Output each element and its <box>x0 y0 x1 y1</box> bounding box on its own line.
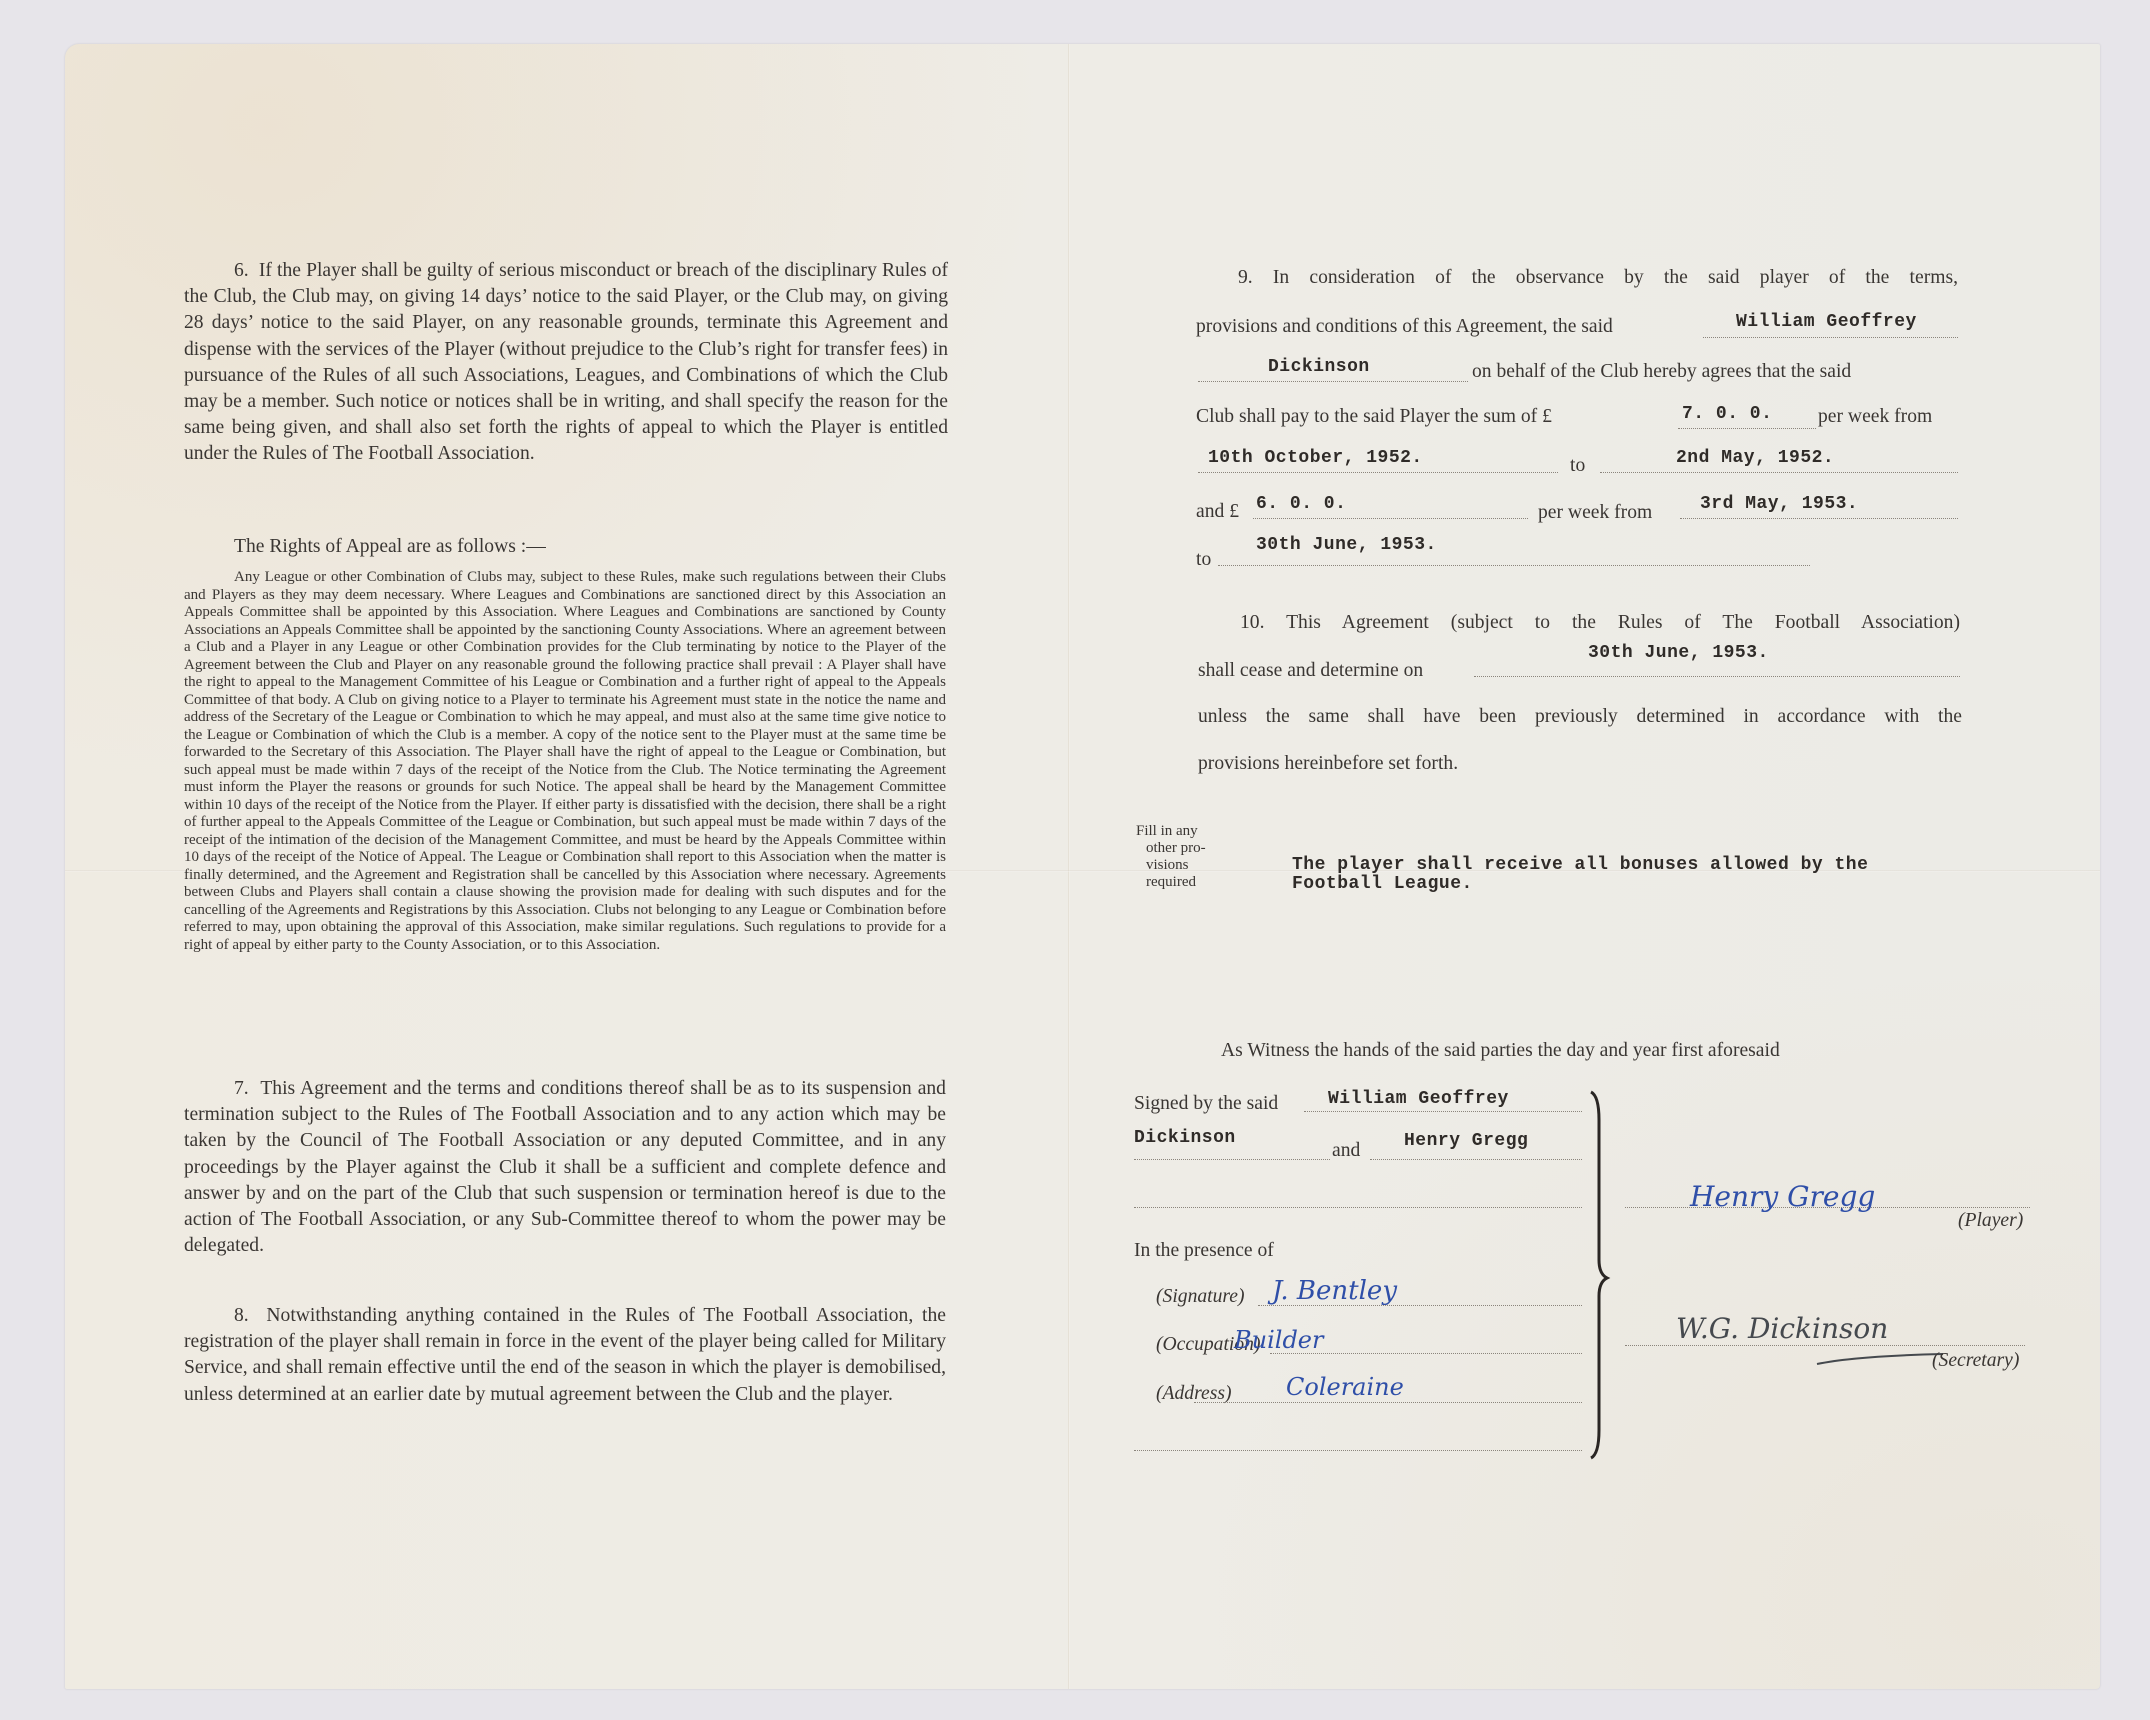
player-role-label: (Player) <box>1958 1210 2023 1232</box>
and-label: and <box>1332 1140 1360 1162</box>
cease-date-line <box>1474 676 1960 677</box>
blank-line-1 <box>1134 1207 1582 1208</box>
center-fold <box>1068 44 1070 1689</box>
clause-9-label-said: provisions and conditions of this Agreem… <box>1196 316 1613 338</box>
side-label-1: Fill in any <box>1136 823 1206 840</box>
presence-label: In the presence of <box>1134 1240 1274 1262</box>
secretary-signature-line <box>1625 1345 2025 1346</box>
to-date-2[interactable]: 30th June, 1953. <box>1256 535 1437 555</box>
signature-label-text: Signature <box>1163 1286 1238 1307</box>
signed-name-2[interactable]: Dickinson <box>1134 1128 1236 1148</box>
wage-1-line <box>1678 428 1816 429</box>
and-pound-label: and £ <box>1196 501 1239 523</box>
clause-8: 8. Notwithstanding anything contained in… <box>184 1303 946 1408</box>
clause-9-label-sum: Club shall pay to the said Player the su… <box>1196 406 1552 428</box>
signed-name-line-1 <box>1304 1111 1582 1112</box>
to-label-1: to <box>1570 455 1585 477</box>
secretary-role-label: (Secretary) <box>1932 1350 2019 1372</box>
clause-6-number: 6. <box>234 260 249 281</box>
appeal-text: Any League or other Combination of Clubs… <box>184 569 946 954</box>
signed-name-line-2 <box>1134 1159 1330 1160</box>
player-signature[interactable]: Henry Gregg <box>1690 1180 1875 1213</box>
clause-10-line-4: provisions hereinbefore set forth. <box>1198 753 1458 775</box>
blank-line-2 <box>1134 1450 1582 1451</box>
side-label-3: visions <box>1136 857 1206 874</box>
player-name-line <box>1370 1159 1582 1160</box>
other-provisions-text-2[interactable]: Football League. <box>1292 874 1473 894</box>
signed-name-1[interactable]: William Geoffrey <box>1328 1089 1509 1109</box>
to-date-1-line <box>1600 472 1958 473</box>
clause-9-line-1: 9. In consideration of the observance by… <box>1238 267 1958 289</box>
other-provisions-label: Fill in any other pro- visions required <box>1136 823 1206 891</box>
side-label-4: required <box>1136 874 1206 891</box>
secretary-name-2[interactable]: Dickinson <box>1268 357 1370 377</box>
clause-9-label-behalf: on behalf of the Club hereby agrees that… <box>1472 361 1851 383</box>
per-week-from-label-2: per week from <box>1538 502 1652 524</box>
other-provisions-text-1[interactable]: The player shall receive all bonuses all… <box>1292 855 1868 875</box>
secretary-signature[interactable]: W.G. Dickinson <box>1676 1312 1888 1345</box>
from-date-2[interactable]: 3rd May, 1953. <box>1700 494 1858 514</box>
cease-date[interactable]: 30th June, 1953. <box>1588 643 1769 663</box>
clause-7-text: This Agreement and the terms and conditi… <box>184 1078 946 1256</box>
to-date-2-line <box>1218 565 1810 566</box>
clause-7: 7. This Agreement and the terms and cond… <box>184 1076 946 1259</box>
clause-8-text: Notwithstanding anything contained in th… <box>184 1305 946 1405</box>
address-label-text: Address <box>1163 1383 1225 1404</box>
side-label-2: other pro- <box>1136 840 1206 857</box>
secretary-name-line-1 <box>1703 337 1958 338</box>
witness-heading: As Witness the hands of the said parties… <box>1221 1040 1780 1062</box>
from-date-1-line <box>1198 472 1558 473</box>
clause-10-cease-label: shall cease and determine on <box>1198 660 1423 682</box>
wage-2[interactable]: 6. 0. 0. <box>1256 494 1346 514</box>
witness-address[interactable]: Coleraine <box>1286 1373 1404 1401</box>
to-label-2: to <box>1196 549 1211 571</box>
secretary-underline-flourish <box>1815 1350 1945 1370</box>
clause-6-text: If the Player shall be guilty of serious… <box>184 260 948 464</box>
per-week-from-label: per week from <box>1818 406 1932 428</box>
address-line <box>1194 1402 1582 1403</box>
player-name[interactable]: Henry Gregg <box>1404 1131 1528 1151</box>
wage-2-line <box>1253 518 1528 519</box>
witness-signature[interactable]: J. Bentley <box>1272 1276 1397 1306</box>
signed-by-label: Signed by the said <box>1134 1093 1278 1115</box>
clause-10-line-1: 10. This Agreement (subject to the Rules… <box>1240 612 1960 634</box>
appeal-heading: The Rights of Appeal are as follows :— <box>234 536 546 558</box>
clause-8-number: 8. <box>234 1305 249 1326</box>
from-date-2-line <box>1680 518 1958 519</box>
to-date-1[interactable]: 2nd May, 1952. <box>1676 448 1834 468</box>
clause-6: 6. If the Player shall be guilty of seri… <box>184 258 948 468</box>
secretary-name-line-2 <box>1198 381 1468 382</box>
wage-1[interactable]: 7. 0. 0. <box>1682 404 1772 424</box>
witness-occupation[interactable]: Builder <box>1234 1326 1323 1354</box>
clause-7-number: 7. <box>234 1078 249 1099</box>
clause-10-line-3: unless the same shall have been previous… <box>1198 706 1962 728</box>
from-date-1[interactable]: 10th October, 1952. <box>1208 448 1423 468</box>
signature-label: (Signature) <box>1156 1286 1245 1308</box>
bracket-icon <box>1585 1090 1615 1460</box>
secretary-name-1[interactable]: William Geoffrey <box>1736 312 1917 332</box>
